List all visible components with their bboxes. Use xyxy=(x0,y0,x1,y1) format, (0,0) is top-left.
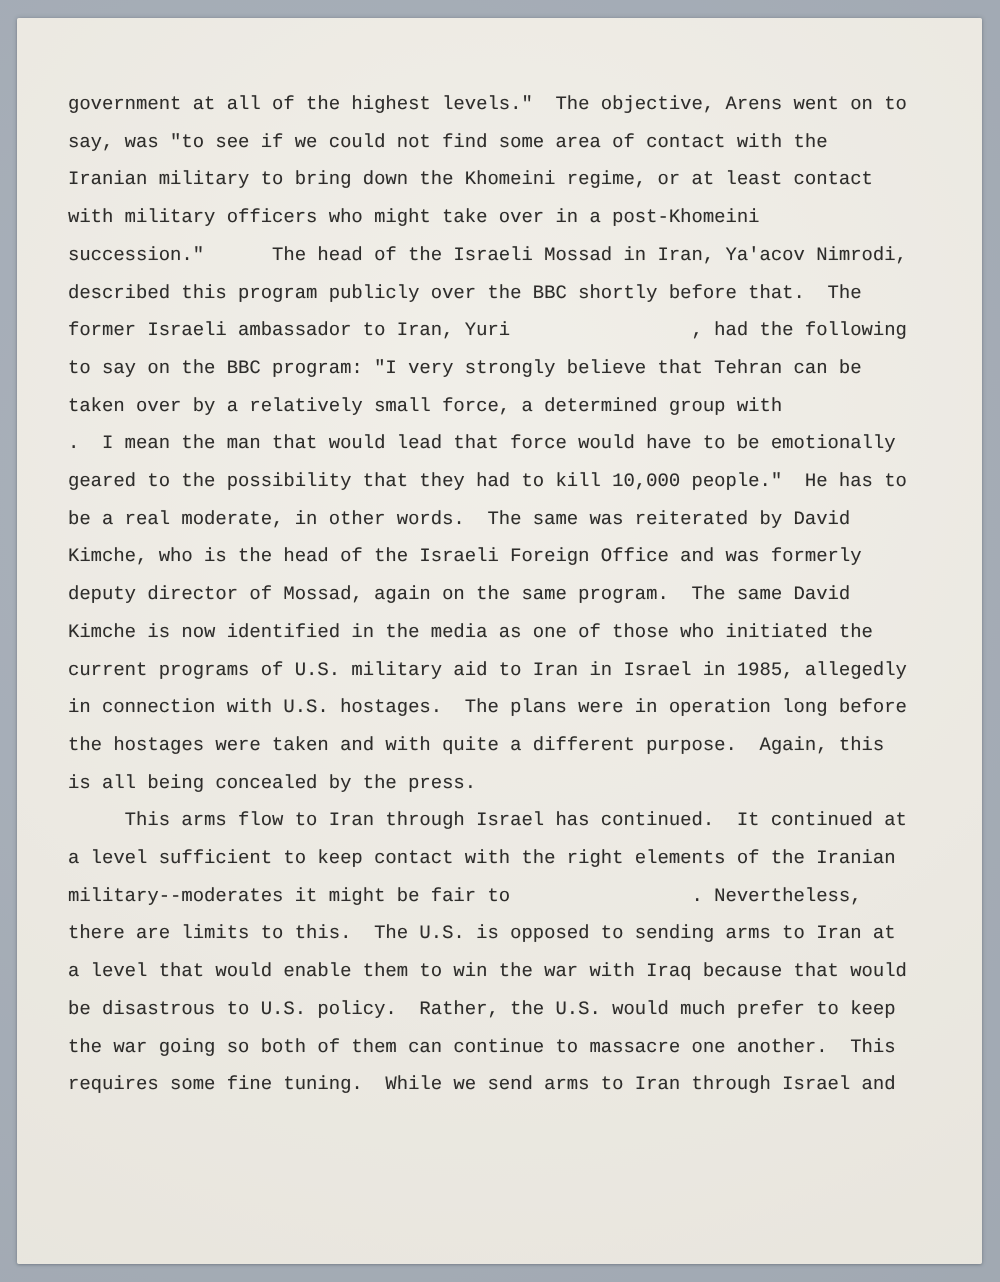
text-line: military--moderates it might be fair to … xyxy=(68,878,942,916)
text-line: Kimche is now identified in the media as… xyxy=(68,614,942,652)
text-line: say, was "to see if we could not find so… xyxy=(68,124,942,162)
text-line: the hostages were taken and with quite a… xyxy=(68,727,942,765)
text-line: taken over by a relatively small force, … xyxy=(68,388,942,426)
text-line: be disastrous to U.S. policy. Rather, th… xyxy=(68,991,942,1029)
text-line: in connection with U.S. hostages. The pl… xyxy=(68,689,942,727)
text-line: be a real moderate, in other words. The … xyxy=(68,501,942,539)
text-line: described this program publicly over the… xyxy=(68,275,942,313)
text-line: current programs of U.S. military aid to… xyxy=(68,652,942,690)
text-line: succession." The head of the Israeli Mos… xyxy=(68,237,942,275)
text-line: government at all of the highest levels.… xyxy=(68,86,942,124)
scan-background: government at all of the highest levels.… xyxy=(0,0,1000,1282)
text-line: former Israeli ambassador to Iran, Yuri … xyxy=(68,312,942,350)
text-line: with military officers who might take ov… xyxy=(68,199,942,237)
text-line: a level sufficient to keep contact with … xyxy=(68,840,942,878)
text-line: a level that would enable them to win th… xyxy=(68,953,942,991)
document-page: government at all of the highest levels.… xyxy=(17,18,982,1264)
text-line: geared to the possibility that they had … xyxy=(68,463,942,501)
text-line: requires some fine tuning. While we send… xyxy=(68,1066,942,1104)
document-text: government at all of the highest levels.… xyxy=(68,86,942,1104)
text-line: Iranian military to bring down the Khome… xyxy=(68,161,942,199)
text-line: the war going so both of them can contin… xyxy=(68,1029,942,1067)
text-line: there are limits to this. The U.S. is op… xyxy=(68,915,942,953)
text-line: Kimche, who is the head of the Israeli F… xyxy=(68,538,942,576)
text-line: This arms flow to Iran through Israel ha… xyxy=(68,802,942,840)
text-line: deputy director of Mossad, again on the … xyxy=(68,576,942,614)
text-line: is all being concealed by the press. xyxy=(68,765,942,803)
text-line: . I mean the man that would lead that fo… xyxy=(68,425,942,463)
text-line: to say on the BBC program: "I very stron… xyxy=(68,350,942,388)
